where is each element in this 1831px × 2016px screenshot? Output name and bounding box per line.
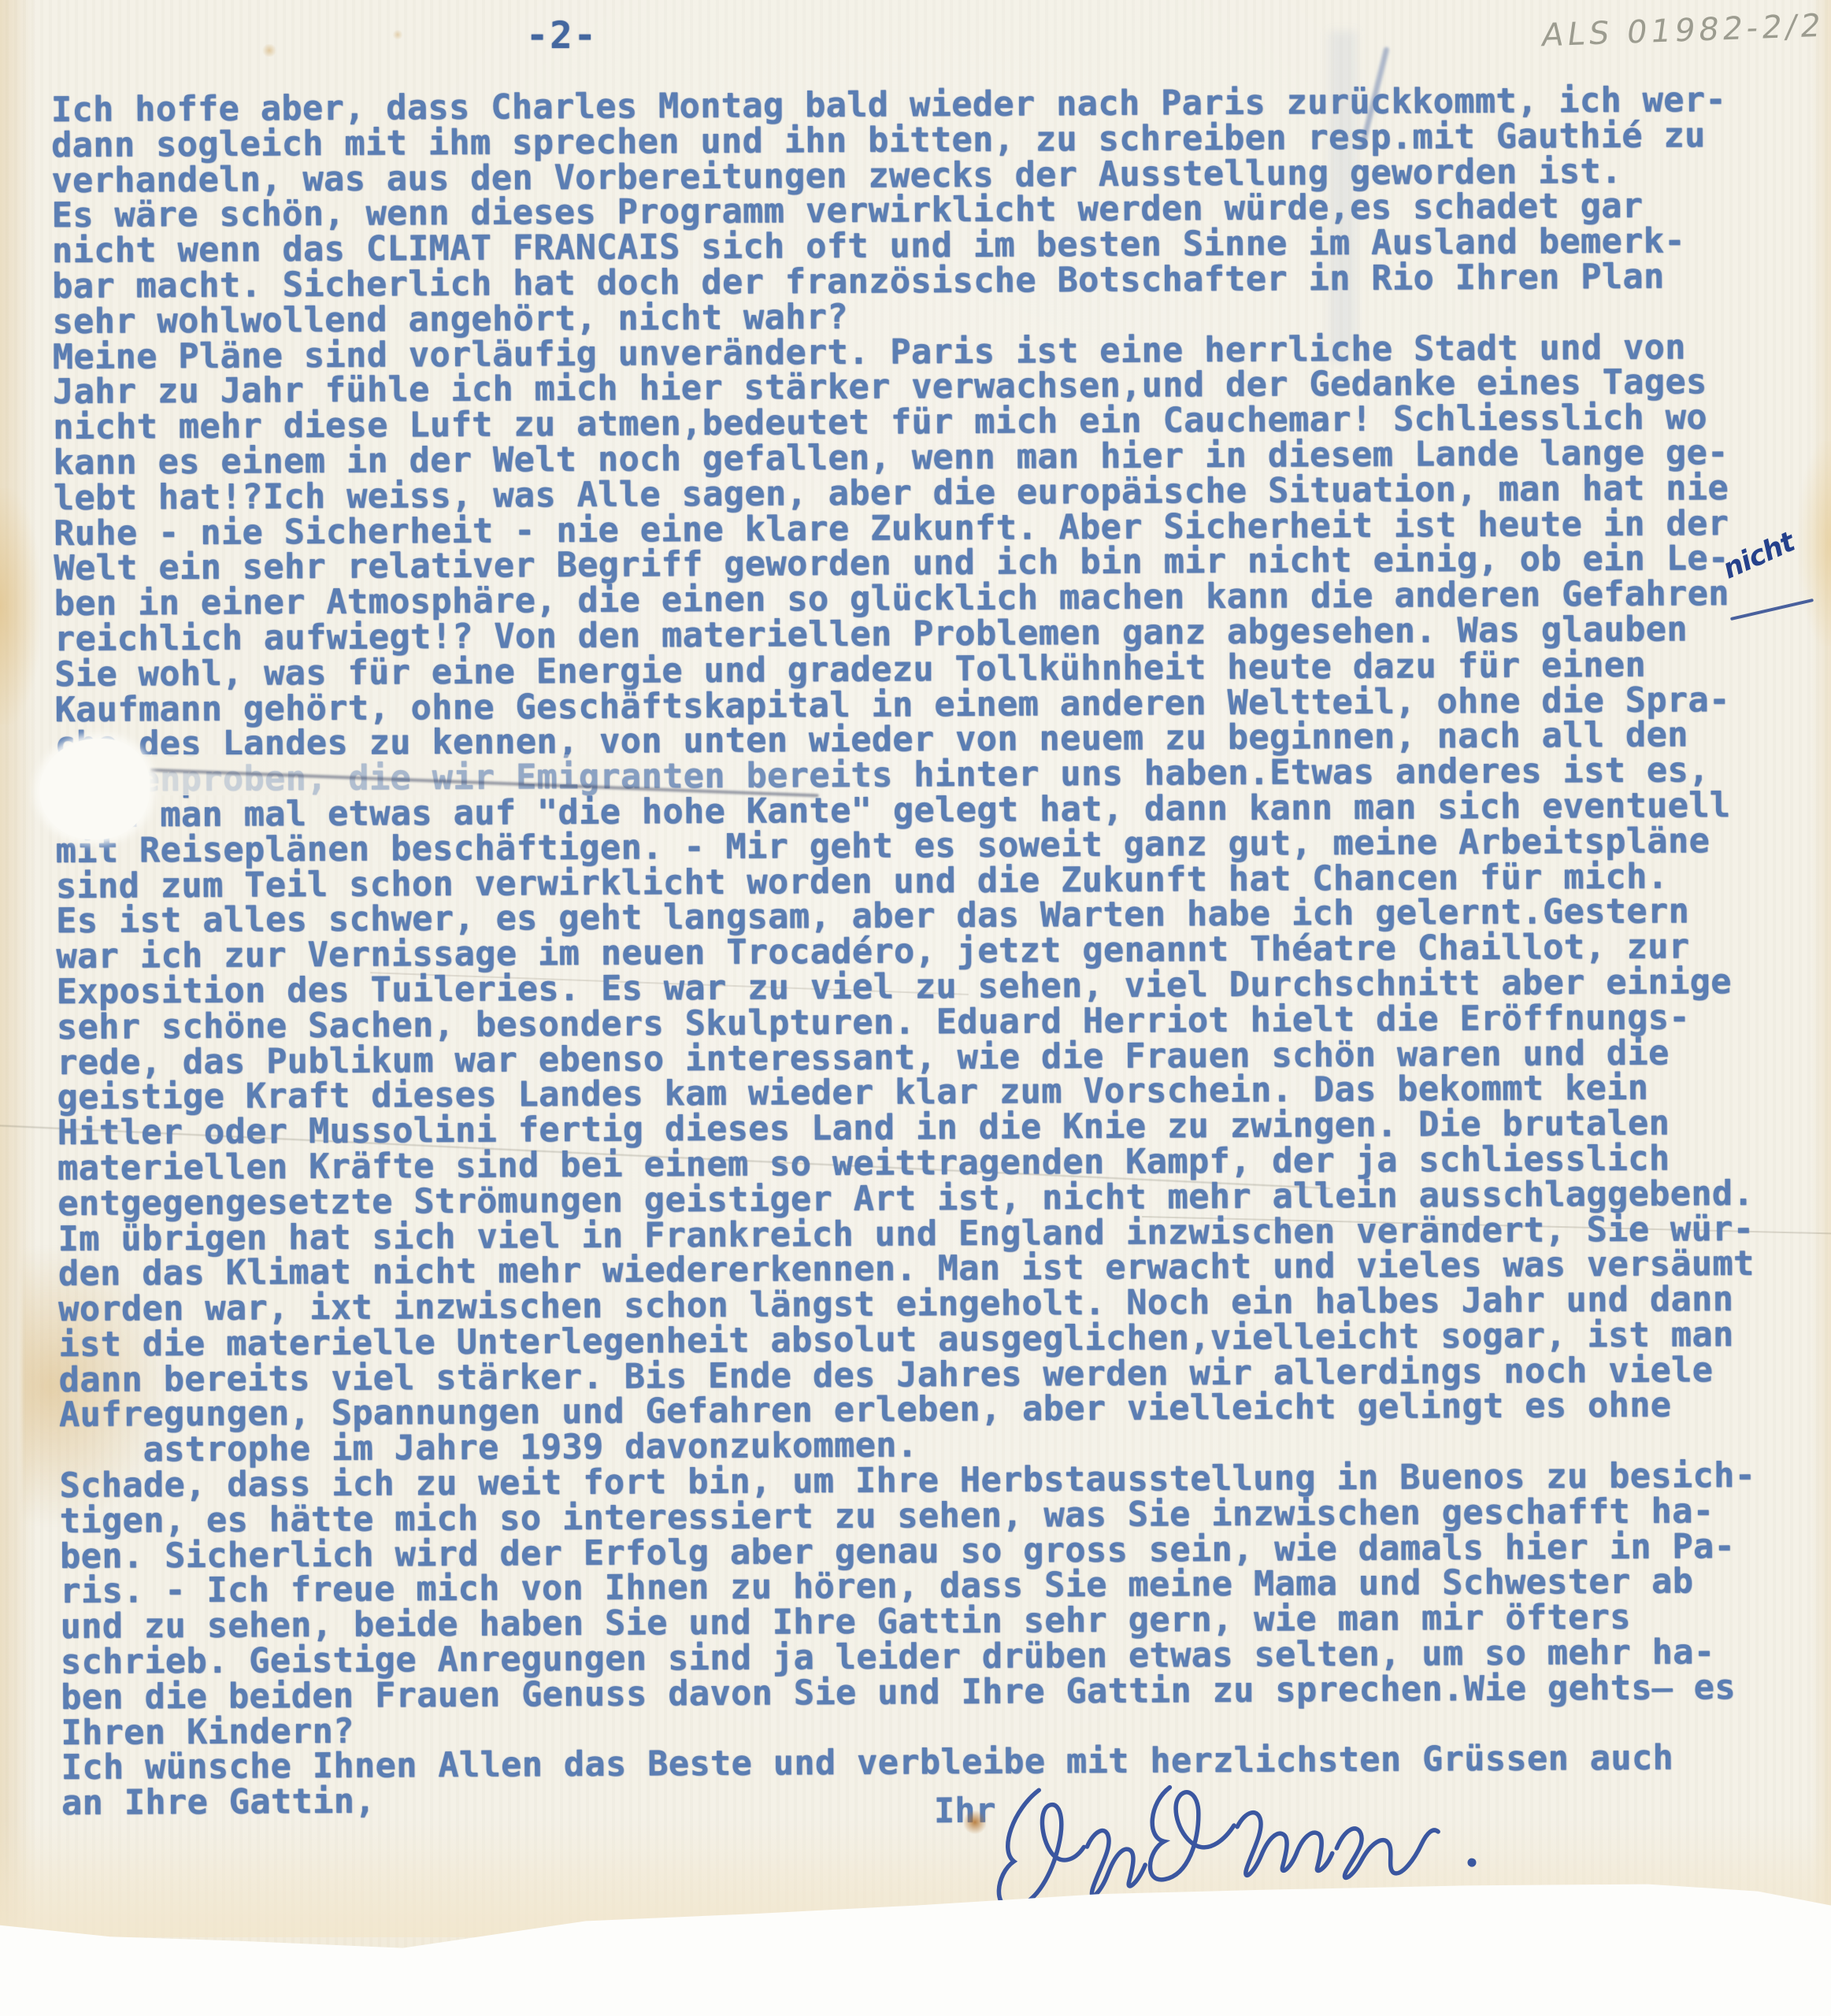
signature-autograph (969, 1736, 1499, 1938)
letter-body: Ich hoffe aber, dass Charles Montag bald… (50, 0, 1822, 1821)
paper-damage-patch (39, 739, 150, 839)
letter-page: -2- ALS 01982-2/2 Ich hoffe aber, dass C… (0, 0, 1831, 2016)
paper-bottom-edge (0, 1874, 1831, 2016)
stain (964, 1810, 986, 1835)
stain (0, 488, 41, 724)
paper-aging (0, 1819, 1831, 1937)
letter-lines: Ich hoffe aber, dass Charles Montag bald… (51, 82, 1822, 1821)
